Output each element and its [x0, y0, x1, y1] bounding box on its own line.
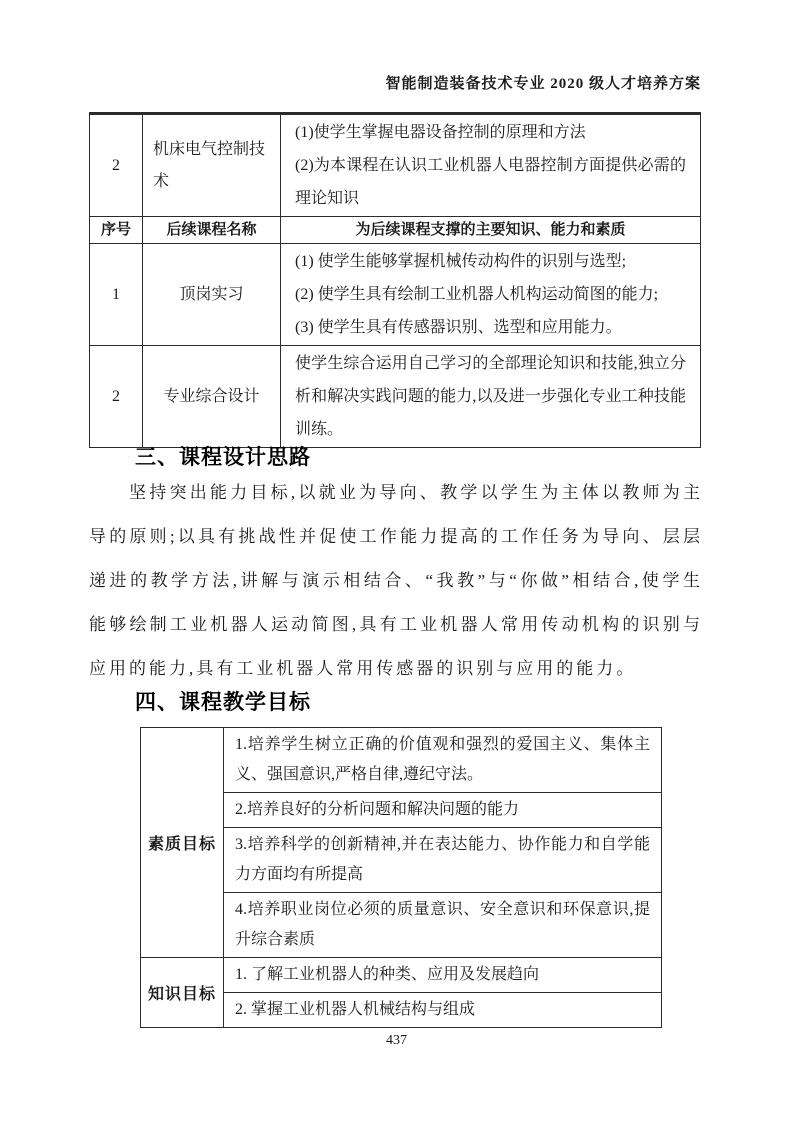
- seq-header-cell: 序号: [90, 217, 143, 244]
- seq-cell: 2: [90, 114, 143, 217]
- support-points-cell: 使学生综合运用自己学习的全部理论知识和技能,独立分析和解决实践问题的能力,以及进…: [281, 346, 701, 448]
- support-points-cell: (1)使学生掌握电器设备控制的原理和方法 (2)为本课程在认识工业机器人电器控制…: [281, 114, 701, 217]
- document-page: 智能制造装备技术专业 2020 级人才培养方案 2 机床电气控制技术 (1)使学…: [0, 0, 793, 1122]
- course-header-cell: 后续课程名称: [143, 217, 281, 244]
- support-point: (2) 使学生具有绘制工业机器人机构运动简图的能力;: [295, 278, 686, 311]
- objective-item: 4.培养职业岗位必须的质量意识、安全意识和环保意识,提升综合素质: [224, 893, 662, 958]
- objective-group-label-quality: 素质目标: [141, 728, 224, 958]
- objective-item: 1. 了解工业机器人的种类、应用及发展趋向: [224, 958, 662, 993]
- objective-item: 2. 掌握工业机器人机械结构与组成: [224, 993, 662, 1028]
- table-row: 知识目标 1. 了解工业机器人的种类、应用及发展趋向: [141, 958, 662, 993]
- table-row: 1 顶岗实习 (1) 使学生能够掌握机械传动构件的识别与选型; (2) 使学生具…: [90, 244, 701, 346]
- course-name-cell: 顶岗实习: [143, 244, 281, 346]
- section-heading-course-design: 三、课程设计思路: [135, 441, 311, 471]
- objective-item: 2.培养良好的分析问题和解决问题的能力: [224, 793, 662, 828]
- support-point: 使学生综合运用自己学习的全部理论知识和技能,独立分析和解决实践问题的能力,以及进…: [295, 347, 686, 446]
- objectives-table: 素质目标 1.培养学生树立正确的价值观和强烈的爱国主义、集体主义、强国意识,严格…: [140, 727, 662, 1028]
- course-design-paragraph: 坚持突出能力目标,以就业为导向、教学以学生为主体以教师为主导的原则;以具有挑战性…: [89, 471, 703, 691]
- section-heading-teaching-objectives: 四、课程教学目标: [135, 686, 311, 716]
- table-row: 素质目标 1.培养学生树立正确的价值观和强烈的爱国主义、集体主义、强国意识,严格…: [141, 728, 662, 793]
- support-point: (2)为本课程在认识工业机器人电器控制方面提供必需的理论知识: [295, 149, 686, 215]
- table-row-continuation: 2 机床电气控制技术 (1)使学生掌握电器设备控制的原理和方法 (2)为本课程在…: [90, 114, 701, 217]
- objective-item: 1.培养学生树立正确的价值观和强烈的爱国主义、集体主义、强国意识,严格自律,遵纪…: [224, 728, 662, 793]
- table-row: 2 专业综合设计 使学生综合运用自己学习的全部理论知识和技能,独立分析和解决实践…: [90, 346, 701, 448]
- page-number: 437: [0, 1033, 793, 1049]
- seq-cell: 1: [90, 244, 143, 346]
- support-header-cell: 为后续课程支撑的主要知识、能力和素质: [281, 217, 701, 244]
- table-header-row: 序号 后续课程名称 为后续课程支撑的主要知识、能力和素质: [90, 217, 701, 244]
- course-name-cell: 机床电气控制技术: [143, 114, 281, 217]
- support-point: (1)使学生掌握电器设备控制的原理和方法: [295, 116, 686, 149]
- course-name-cell: 专业综合设计: [143, 346, 281, 448]
- support-points-cell: (1) 使学生能够掌握机械传动构件的识别与选型; (2) 使学生具有绘制工业机器…: [281, 244, 701, 346]
- successor-course-table: 2 机床电气控制技术 (1)使学生掌握电器设备控制的原理和方法 (2)为本课程在…: [89, 112, 701, 448]
- objective-item: 3.培养科学的创新精神,并在表达能力、协作能力和自学能力方面均有所提高: [224, 828, 662, 893]
- page-header-title: 智能制造装备技术专业 2020 级人才培养方案: [0, 72, 701, 93]
- seq-cell: 2: [90, 346, 143, 448]
- support-point: (3) 使学生具有传感器识别、选型和应用能力。: [295, 311, 686, 344]
- support-point: (1) 使学生能够掌握机械传动构件的识别与选型;: [295, 245, 686, 278]
- objective-group-label-knowledge: 知识目标: [141, 958, 224, 1028]
